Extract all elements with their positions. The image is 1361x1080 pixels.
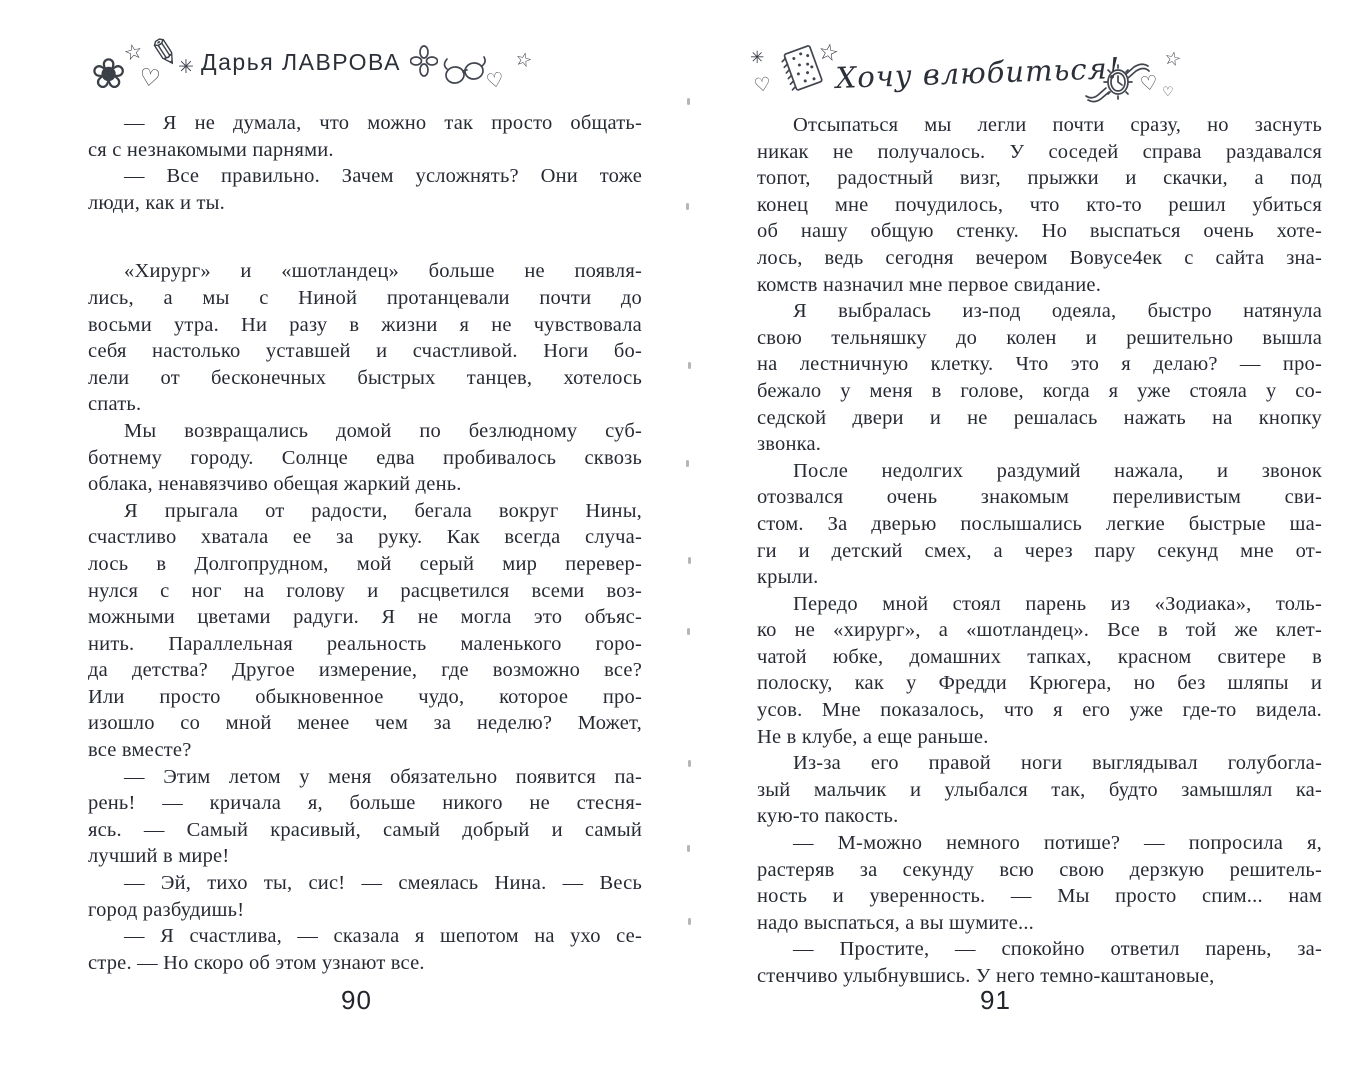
text-line: об нашу общую стенку. Но выспаться очень…: [757, 218, 1322, 245]
text-line: ко не «хирург», а «шотландец». Все в той…: [757, 617, 1322, 644]
text-line: Мы возвращались домой по безлюдному суб-: [88, 418, 642, 445]
text-line: да детства? Другое измерение, где возмож…: [88, 657, 642, 684]
text-line: — Я не думала, что можно так просто обща…: [88, 110, 642, 137]
text-line: зый мальчик и улыбался так, будто замышл…: [757, 777, 1322, 804]
text-line: Передо мной стоял парень из «Зодиака», т…: [757, 591, 1322, 618]
star-icon: ☆: [122, 40, 145, 64]
text-line: свою тельняшку до колен и решительно выш…: [757, 325, 1322, 352]
text-line: спать.: [88, 391, 642, 418]
heart-icon: ♡: [484, 69, 505, 92]
text-line: изошло со мной менее чем за неделю? Може…: [88, 710, 642, 737]
text-line: облака, ненавязчиво обещая жаркий день.: [88, 471, 642, 498]
text-line: — Я счастлива, — сказала я шепотом на ух…: [88, 923, 642, 950]
text-line: стом. За дверью послышались легкие быстр…: [757, 511, 1322, 538]
text-line: можными цветами радуги. Я не могла это о…: [88, 604, 642, 631]
text-line: ность и уверенность. — Мы просто спим...…: [757, 883, 1322, 910]
text-line: — Этим летом у меня обязательно появится…: [88, 764, 642, 791]
text-line: Из-за его правой ноги выглядывал голубог…: [757, 750, 1322, 777]
text-line: люди, как и ты.: [88, 190, 642, 217]
text-line: — Эй, тихо ты, сис! — смеялась Нина. — В…: [88, 870, 642, 897]
right-page-text: Отсыпаться мы легли почти сразу, но засн…: [757, 112, 1322, 990]
text-line: звонка.: [757, 431, 1322, 458]
text-line: надо выспаться, а вы шумите...: [757, 910, 1322, 937]
text-line: все вместе?: [88, 737, 642, 764]
text-line: — Простите, — спокойно ответил парень, з…: [757, 936, 1322, 963]
text-line: бежало у меня в голове, когда я уже стоя…: [757, 378, 1322, 405]
gutter-speck: [688, 557, 691, 564]
text-line: ги и детский смех, а через пару секунд м…: [757, 538, 1322, 565]
blossom-icon: ✳: [750, 50, 764, 67]
text-line: растеряв за секунду всю свою дерзкую реш…: [757, 857, 1322, 884]
gutter-speck: [687, 98, 690, 105]
text-line: чатой юбке, домашних тапках, красном сви…: [757, 644, 1322, 671]
text-line: счастливо хватала ее за руку. Как всегда…: [88, 524, 642, 551]
heart-icon: ♡: [1162, 86, 1174, 99]
text-line: лось в Долгопрудном, мой серый мир перев…: [88, 551, 642, 578]
blossom-icon: ✳: [178, 58, 194, 77]
heart-icon: ♡: [1139, 72, 1160, 94]
text-line: нить. Параллельная реальность маленького…: [88, 631, 642, 658]
text-line: ясь. — Самый красивый, самый добрый и са…: [88, 817, 642, 844]
text-line: кую-то пакость.: [757, 803, 1322, 830]
text-line: Я выбралась из-под одеяла, быстро натяну…: [757, 298, 1322, 325]
gutter-speck: [688, 760, 691, 767]
text-line: стре. — Но скоро об этом узнают все.: [88, 950, 642, 977]
left-running-head: Дарья ЛАВРОВА: [201, 49, 401, 76]
text-line: ботнему городу. Солнце едва пробивалось …: [88, 445, 642, 472]
left-page-text: — Я не думала, что можно так просто обща…: [88, 110, 642, 976]
right-page-number: 91: [980, 985, 1011, 1016]
sunglasses-icon: [440, 55, 488, 87]
text-line: город разбудишь!: [88, 897, 642, 924]
text-line: на лестничную клетку. Что это я делаю? —…: [757, 351, 1322, 378]
text-line: отозвался очень знакомым переливистым св…: [757, 484, 1322, 511]
gutter-speck: [687, 845, 690, 852]
text-line: никак не получалось. У соседей справа ра…: [757, 139, 1322, 166]
text-line: конец мне почудилось, что кто-то решил у…: [757, 192, 1322, 219]
text-line: — М-можно немного потише? — попросила я,: [757, 830, 1322, 857]
text-line: седской двери и не решалась нажать на кн…: [757, 405, 1322, 432]
paragraph-gap: [88, 216, 642, 258]
bow-icon: [410, 45, 438, 77]
book-spread: ❀ ☆ ♡ ✎ ✳ Дарья ЛАВРОВА ♡ ☆ ✳ ♡: [0, 0, 1361, 1080]
star-icon: ☆: [1162, 48, 1183, 70]
text-line: себя настолько уставшей и счастливой. Но…: [88, 338, 642, 365]
gutter-speck: [687, 628, 690, 635]
text-line: После недолгих раздумий нажала, и звонок: [757, 458, 1322, 485]
right-running-head: Хочу влюбиться!: [835, 51, 1121, 95]
text-line: лели от бесконечных быстрых танцев, хоте…: [88, 365, 642, 392]
text-line: Или просто обыкновенное чудо, которое пр…: [88, 684, 642, 711]
text-line: лись, а мы с Ниной протанцевали почти до: [88, 285, 642, 312]
gutter-speck: [686, 460, 689, 467]
text-line: Отсыпаться мы легли почти сразу, но засн…: [757, 112, 1322, 139]
text-line: ся с незнакомыми парнями.: [88, 137, 642, 164]
text-line: полоску, как у Фредди Крюгера, но без шл…: [757, 670, 1322, 697]
flower-icon: ❀: [91, 53, 126, 95]
left-page-number: 90: [341, 985, 372, 1016]
text-line: восьми утра. Ни разу в жизни я не чувств…: [88, 312, 642, 339]
text-line: «Хирург» и «шотландец» больше не появля-: [88, 258, 642, 285]
text-line: лось, ведь сегодня вечером Вовусе4ек с с…: [757, 245, 1322, 272]
text-line: топот, радостный визг, прыжки и скачки, …: [757, 165, 1322, 192]
text-line: Я прыгала от радости, бегала вокруг Нины…: [88, 498, 642, 525]
gutter-speck: [686, 203, 689, 210]
gutter-speck: [688, 918, 691, 925]
text-line: усов. Мне показалось, что я его уже где-…: [757, 697, 1322, 724]
text-line: комств назначил мне первое свидание.: [757, 272, 1322, 299]
gutter-speck: [688, 362, 691, 369]
text-line: Не в клубе, а еще раньше.: [757, 724, 1322, 751]
text-line: — Все правильно. Зачем усложнять? Они то…: [88, 163, 642, 190]
text-line: лучший в мире!: [88, 843, 642, 870]
text-line: нулся с ног на голову и расцветился всем…: [88, 578, 642, 605]
text-line: рень! — кричала я, больше никого не стес…: [88, 790, 642, 817]
heart-icon: ♡: [753, 75, 773, 96]
text-line: крыли.: [757, 564, 1322, 591]
star-icon: ☆: [513, 49, 534, 72]
text-line: стенчиво улыбнувшись. У него темно-кашта…: [757, 963, 1322, 990]
